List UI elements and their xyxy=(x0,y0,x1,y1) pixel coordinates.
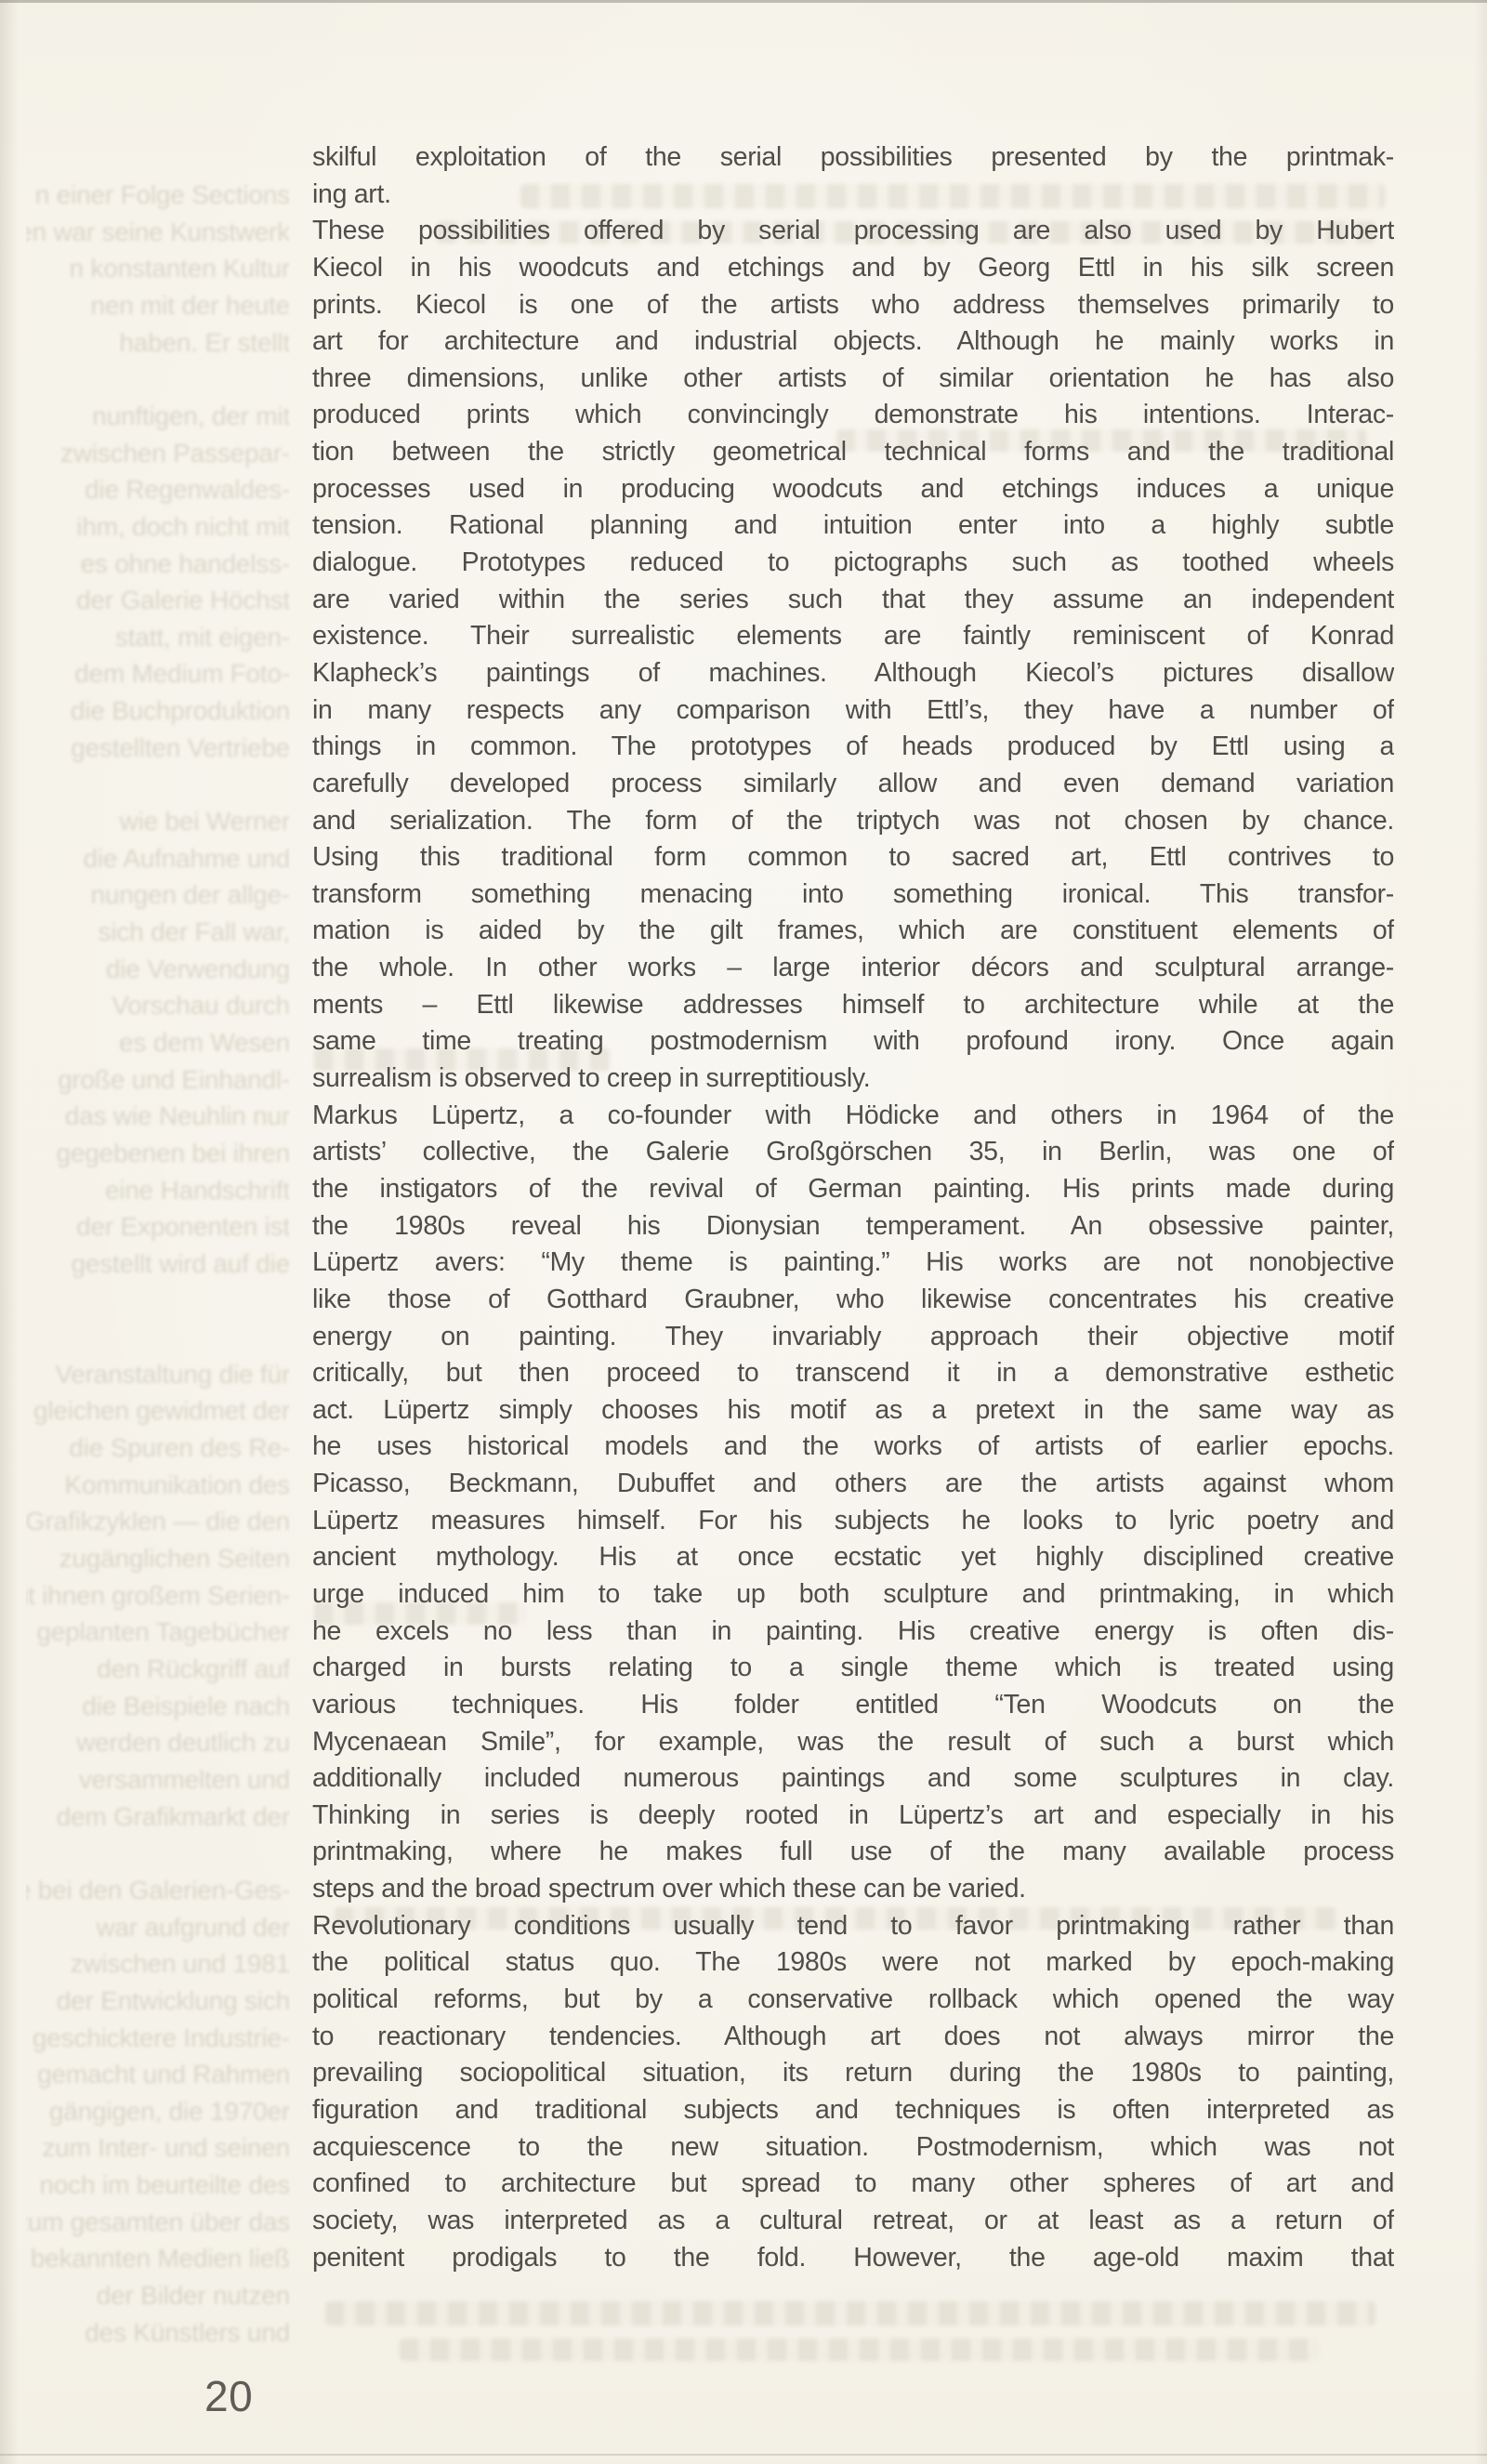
scanned-book-page: n einer Folge Sectionsgelungen war seine… xyxy=(0,0,1487,2464)
text-line: processes used in producing woodcuts and… xyxy=(312,471,1394,508)
text-line: acquiescence to the new situation. Postm… xyxy=(312,2129,1394,2167)
text-line: and serialization. The form of the tript… xyxy=(312,803,1394,840)
text-line: Revolutionary conditions usually tend to… xyxy=(312,1908,1394,1945)
showthrough-fragment: große und Einhandl- xyxy=(58,1067,290,1093)
showthrough-fragment: werden deutlich zu xyxy=(76,1730,290,1756)
showthrough-fragment: Grafikzyklen — die den xyxy=(26,1509,290,1535)
showthrough-fragment: die Regenwaldes- xyxy=(85,477,290,503)
text-line: figuration and traditional subjects and … xyxy=(312,2092,1394,2129)
showthrough-fragment: ihm, doch nicht mit xyxy=(76,514,290,540)
top-scan-edge xyxy=(0,0,1487,3)
showthrough-fragment: versammelten und xyxy=(79,1767,290,1793)
left-edge-shadow xyxy=(0,0,19,2464)
showthrough-fragment: war aufgrund der xyxy=(97,1915,290,1941)
showthrough-fragment: die Buchproduktion xyxy=(71,698,290,724)
showthrough-fragment: den Rückgriff auf xyxy=(97,1656,290,1682)
showthrough-fragment: eine Handschrift xyxy=(105,1178,290,1204)
text-line: confined to architecture but spread to m… xyxy=(312,2166,1394,2203)
showthrough-fragment: es dem Wesen xyxy=(119,1030,290,1056)
showthrough-fragment: sich der Fall war, xyxy=(99,919,290,945)
showthrough-fragment: Veranstaltung die für xyxy=(55,1362,290,1388)
text-line: political reforms, but by a conservative… xyxy=(312,1982,1394,2019)
text-block: skilful exploitation of the serial possi… xyxy=(312,139,1394,2276)
showthrough-fragment: nungen der allge- xyxy=(90,882,290,908)
text-line: Lüpertz measures himself. For his subjec… xyxy=(312,1503,1394,1540)
text-line: are varied within the series such that t… xyxy=(312,582,1394,619)
showthrough-fragment: gestellt wird auf die xyxy=(72,1251,290,1277)
showthrough-fragment: die Beispiele nach xyxy=(82,1693,290,1720)
showthrough-fragment: dem Grafikmarkt der xyxy=(57,1804,290,1830)
showthrough-fragment: des Künstlers und xyxy=(85,2320,290,2346)
text-line: produced prints which convincingly demon… xyxy=(312,397,1394,434)
text-line: artists’ collective, the Galerie Großgör… xyxy=(312,1134,1394,1171)
text-line: Mycenaean Smile”, for example, was the r… xyxy=(312,1724,1394,1761)
showthrough-fragment: geschicktere Industrie- xyxy=(33,2025,290,2051)
text-line: Lüpertz avers: “My theme is painting.” H… xyxy=(312,1245,1394,1282)
text-line: Klapheck’s paintings of machines. Althou… xyxy=(312,655,1394,692)
right-edge-shadow xyxy=(1474,0,1487,2464)
showthrough-fragment: zum gesamten über das xyxy=(26,2209,290,2235)
text-line: like those of Gotthard Graubner, who lik… xyxy=(312,1282,1394,1319)
text-line: the political status quo. The 1980s were… xyxy=(312,1944,1394,1982)
text-line: three dimensions, unlike other artists o… xyxy=(312,361,1394,398)
text-line: ing art. xyxy=(312,177,1394,214)
text-line: additionally included numerous paintings… xyxy=(312,1760,1394,1798)
showthrough-fragment: Vorschau durch xyxy=(112,993,290,1019)
showthrough-fragment: das wie Neuhlin nur xyxy=(65,1103,290,1129)
showthrough-fragment: nen mit der heute xyxy=(90,293,290,319)
showthrough-fragment: die Aufnahme und xyxy=(83,846,290,872)
text-line: tion between the strictly geometrical te… xyxy=(312,434,1394,471)
showthrough-fragment: gelungen war seine Kunstwerk xyxy=(26,219,290,245)
text-line: existence. Their surrealistic elements a… xyxy=(312,618,1394,655)
showthrough-fragment: noch im beurteilte des xyxy=(39,2172,290,2198)
text-line: he excels no less than in painting. His … xyxy=(312,1614,1394,1651)
text-line: things in common. The prototypes of head… xyxy=(312,729,1394,766)
showthrough-fragment: wie bei den Galerien-Ges- xyxy=(26,1878,290,1904)
showthrough-fragment: zwischen Passepar- xyxy=(60,441,290,467)
left-margin-showthrough: n einer Folge Sectionsgelungen war seine… xyxy=(26,0,290,2464)
text-line: penitent prodigals to the fold. However,… xyxy=(312,2240,1394,2277)
text-line: carefully developed process similarly al… xyxy=(312,766,1394,803)
showthrough-fragment: n einer Folge Sections xyxy=(35,182,290,208)
text-line: Using this traditional form common to sa… xyxy=(312,839,1394,876)
text-line: art for architecture and industrial obje… xyxy=(312,323,1394,361)
showthrough-fragment: die Spuren des Re- xyxy=(69,1435,290,1461)
showthrough-fragment: der Galerie Höchst xyxy=(76,587,290,613)
paragraph: Markus Lüpertz, a co-founder with Hödick… xyxy=(312,1098,1394,1908)
text-line: Markus Lüpertz, a co-founder with Hödick… xyxy=(312,1098,1394,1135)
page-number: 20 xyxy=(204,2371,253,2421)
showthrough-fragment: n konstanten Kultur xyxy=(70,256,290,282)
showthrough-fragment: gemacht und Rahmen xyxy=(37,2062,290,2088)
text-line: act. Lüpertz simply chooses his motif as… xyxy=(312,1392,1394,1430)
showthrough-fragment: es ohne handelss- xyxy=(81,551,290,577)
paragraph: These possibilities offered by serial pr… xyxy=(312,213,1394,1097)
showthrough-fragment: der Exponenten ist xyxy=(76,1214,290,1240)
showthrough-fragment: statt, mit eigen- xyxy=(115,625,290,651)
text-line: tension. Rational planning and intuition… xyxy=(312,507,1394,545)
text-line: Kiecol in his woodcuts and etchings and … xyxy=(312,250,1394,287)
bottom-crease-line xyxy=(0,2454,1487,2456)
showthrough-fragment: geplanten Tagebücher xyxy=(36,1619,290,1645)
text-line: in many respects any comparison with Ett… xyxy=(312,692,1394,730)
text-line: These possibilities offered by serial pr… xyxy=(312,213,1394,250)
text-line: steps and the broad spectrum over which … xyxy=(312,1871,1394,1908)
text-line: society, was interpreted as a cultural r… xyxy=(312,2203,1394,2240)
text-line: skilful exploitation of the serial possi… xyxy=(312,139,1394,177)
text-line: he uses historical models and the works … xyxy=(312,1429,1394,1466)
paragraph: skilful exploitation of the serial possi… xyxy=(312,139,1394,213)
showthrough-fragment: bekannten Medien ließ xyxy=(31,2246,290,2272)
showthrough-band xyxy=(400,2339,1320,2361)
paragraph: Revolutionary conditions usually tend to… xyxy=(312,1908,1394,2276)
showthrough-fragment: zum Inter- und seinen xyxy=(42,2135,290,2161)
showthrough-fragment: gegebenen bei ihren xyxy=(56,1140,290,1166)
text-line: prints. Kiecol is one of the artists who… xyxy=(312,287,1394,324)
showthrough-fragment: Kommunikation des xyxy=(64,1472,290,1498)
text-line: Thinking in series is deeply rooted in L… xyxy=(312,1798,1394,1835)
showthrough-fragment: dem Medium Foto- xyxy=(74,661,290,687)
text-line: to reactionary tendencies. Although art … xyxy=(312,2019,1394,2056)
text-line: printmaking, where he makes full use of … xyxy=(312,1834,1394,1871)
text-line: ments – Ettl likewise addresses himself … xyxy=(312,987,1394,1024)
text-line: same time treating postmodernism with pr… xyxy=(312,1023,1394,1061)
text-line: various techniques. His folder entitled … xyxy=(312,1687,1394,1724)
showthrough-fragment: die Verwendung xyxy=(106,956,290,982)
text-line: mation is aided by the gilt frames, whic… xyxy=(312,913,1394,950)
text-line: the instigators of the revival of German… xyxy=(312,1171,1394,1208)
text-line: Picasso, Beckmann, Dubuffet and others a… xyxy=(312,1466,1394,1503)
showthrough-fragment: nunftigen, der mit xyxy=(92,403,290,429)
showthrough-fragment: mit ihnen großem Serien- xyxy=(26,1583,290,1609)
text-line: surrealism is observed to creep in surre… xyxy=(312,1061,1394,1098)
text-line: charged in bursts relating to a single t… xyxy=(312,1650,1394,1687)
text-line: ancient mythology. His at once ecstatic … xyxy=(312,1539,1394,1576)
showthrough-fragment: wie bei Werner xyxy=(120,809,290,835)
showthrough-fragment: gleichen gewidmet der xyxy=(33,1398,290,1424)
showthrough-fragment: der Entwicklung sich xyxy=(57,1988,290,2014)
showthrough-fragment: gängigen, die 1970er xyxy=(49,2099,290,2125)
text-line: critically, but then proceed to transcen… xyxy=(312,1355,1394,1392)
text-line: the 1980s reveal his Dionysian temperame… xyxy=(312,1208,1394,1245)
showthrough-fragment: zugänglichen Seiten xyxy=(59,1546,290,1572)
showthrough-fragment: gestellten Vertriebe xyxy=(71,735,290,761)
text-line: dialogue. Prototypes reduced to pictogra… xyxy=(312,545,1394,582)
showthrough-band xyxy=(325,2301,1375,2326)
text-line: energy on painting. They invariably appr… xyxy=(312,1319,1394,1356)
showthrough-fragment: der Bilder nutzen xyxy=(97,2283,290,2309)
text-line: urge induced him to take up both sculptu… xyxy=(312,1576,1394,1614)
text-line: the whole. In other works – large interi… xyxy=(312,950,1394,987)
text-line: prevailing sociopolitical situation, its… xyxy=(312,2055,1394,2092)
text-line: transform something menacing into someth… xyxy=(312,876,1394,914)
showthrough-fragment: zwischen und 1981 xyxy=(71,1951,290,1977)
showthrough-fragment: haben. Er stellt xyxy=(119,330,290,356)
